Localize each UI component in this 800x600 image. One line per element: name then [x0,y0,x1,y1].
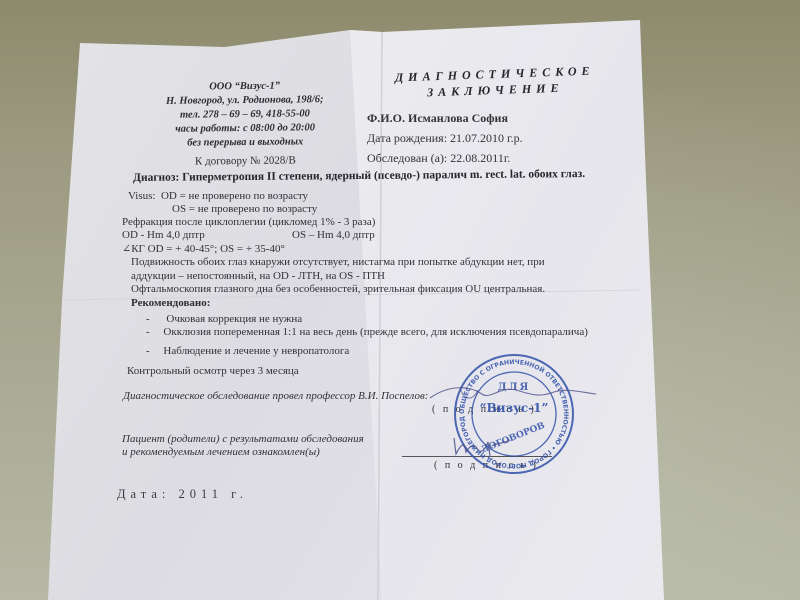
contract-number: К договору № 2028/В [150,153,340,169]
visus-os: OS = не проверено по возрасту [172,203,317,215]
refraction-os: OS – Hm 4,0 дптр [292,229,375,241]
followup-note: Контрольный осмотр через 3 месяца [127,365,299,377]
visus-od-row: Visus: OD = не проверено по возрасту [128,190,308,202]
angle-measurement: ∠КГ OD = + 40-45°; OS = + 35-40° [122,242,285,255]
patient-signature [448,432,518,462]
patient-name: Исманлова София [408,111,508,125]
recommendation-item: - Очковая коррекция не нужна [146,313,302,325]
examiner-signature [420,380,600,410]
bullet-dash: - [146,345,150,357]
visus-od: OD = не проверено по возрасту [161,190,308,202]
refraction: Рефракция после циклоплегии (цикломед 1%… [122,216,375,228]
recommendations-heading: Рекомендовано: [131,297,210,309]
document-paper: ООО “Визус-1” Н. Новгород, ул. Родионова… [0,0,800,600]
recommendation-text: Наблюдение и лечение у невропатолога [163,345,349,357]
bullet-dash: - [146,313,150,325]
document-date: Дата: 2011 г. [117,487,248,502]
company-hours: часы работы: с 08:00 до 20:00 [150,121,340,137]
recommendation-text: Окклюзия попеременная 1:1 на весь день (… [163,326,587,338]
company-address: Н. Новгород, ул. Родионова, 198/6; [150,93,340,109]
patient-name-label: Ф.И.О. [367,111,405,125]
refraction-od: OD - Hm 4,0 дптр [122,229,205,241]
ophthalmoscopy: Офтальмоскопия глазного дна без особенно… [131,283,545,295]
acknowledgement-line-1: Пациент (родители) с результатами обслед… [122,433,364,445]
visus-label: Visus: [128,190,155,202]
patient-examined-date: Обследован (а): 22.08.2011г. [367,151,510,166]
bullet-dash: - [146,326,150,338]
patient-name-row: Ф.И.О. Исманлова София [367,111,508,126]
recommendation-item: - Окклюзия попеременная 1:1 на весь день… [146,326,588,338]
examiner-statement: Диагностическое обследование провел проф… [123,390,428,402]
recommendation-item: - Наблюдение и лечение у невропатолога [146,345,349,357]
mobility-line-2: аддукции – непостоянный, на OD - ЛТН, на… [131,270,385,282]
organization-header: ООО “Визус-1” Н. Новгород, ул. Родионова… [150,79,341,169]
mobility-line-1: Подвижность обоих глаз кнаружи отсутству… [131,256,545,268]
recommendation-text: Очковая коррекция не нужна [166,313,302,325]
acknowledgement-line-2: и рекомендуемым лечением ознакомлен(ы) [122,446,320,458]
company-days: без перерыва и выходных [150,135,340,151]
patient-dob: Дата рождения: 21.07.2010 г.р. [367,131,523,146]
